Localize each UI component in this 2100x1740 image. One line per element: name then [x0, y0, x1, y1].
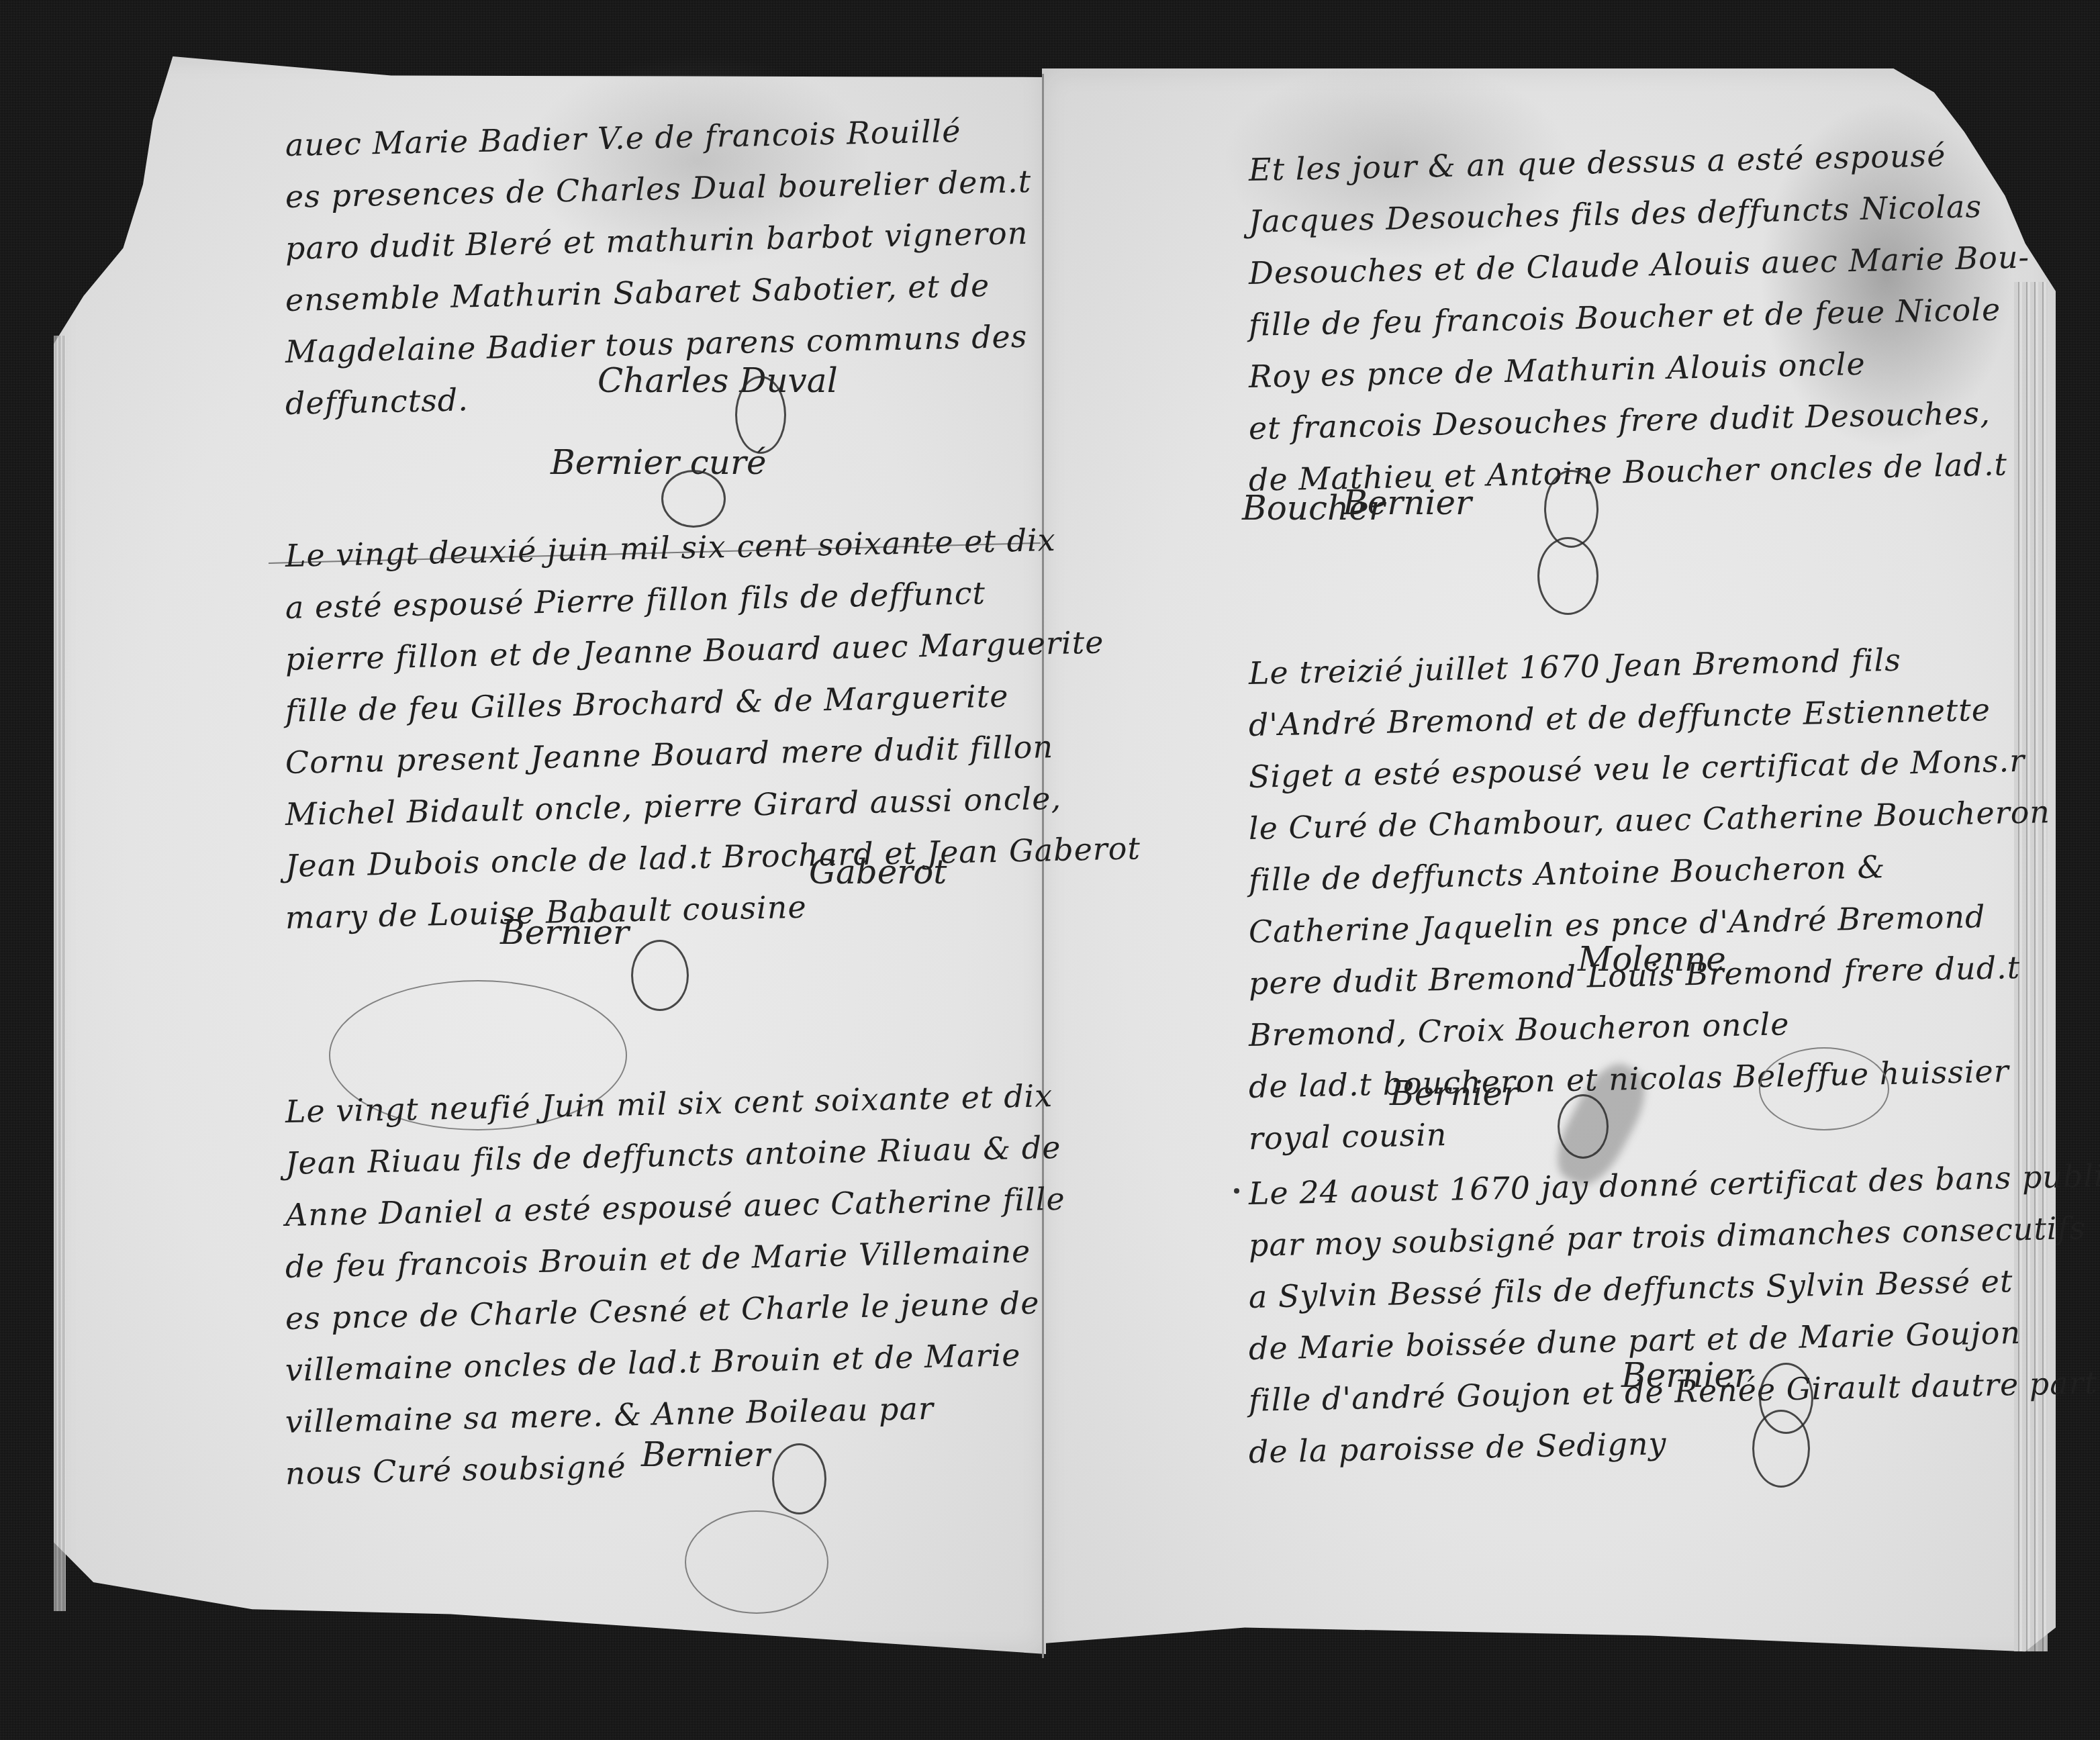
entry-5: Le treizié juillet 1670 Jean Bremond fil…: [1249, 648, 2050, 1165]
entry-2: Le vingt deuxié juin mil six cent soixan…: [285, 530, 1141, 944]
signature: Charles Duval: [598, 361, 838, 400]
signature: Bernier: [1621, 1356, 1750, 1395]
paraph-flourish: [1759, 1047, 1889, 1130]
signature: Bernier: [641, 1435, 770, 1474]
left-page-edges: [54, 336, 66, 1611]
paraph-flourish: [631, 940, 689, 1011]
paraph-flourish: [735, 376, 786, 454]
paraph-flourish: [1544, 470, 1598, 548]
signature: Gaberot: [809, 853, 947, 891]
signature: Bernier: [1343, 483, 1472, 522]
paraph-flourish: [1537, 537, 1598, 615]
margin-dot: [1234, 1188, 1239, 1194]
paraph-flourish: [685, 1510, 828, 1614]
entry-4: Et les jour & an que dessus a esté espou…: [1249, 144, 2030, 506]
signature: Bernier: [500, 913, 629, 952]
signature: Bernier: [1390, 1074, 1519, 1113]
signature: Molenne: [1578, 940, 1726, 979]
signature: Bernier curé: [551, 443, 767, 482]
paraph-flourish: [772, 1443, 826, 1514]
entry-6: Le 24 aoust 1670 jay donné certificat de…: [1249, 1168, 2100, 1478]
paraph-flourish: [661, 470, 726, 528]
paraph-flourish: [1558, 1094, 1609, 1159]
scanned-register-spread: auec Marie Badier V.e de francois Rouill…: [0, 0, 2100, 1740]
paraph-flourish: [1752, 1410, 1810, 1488]
